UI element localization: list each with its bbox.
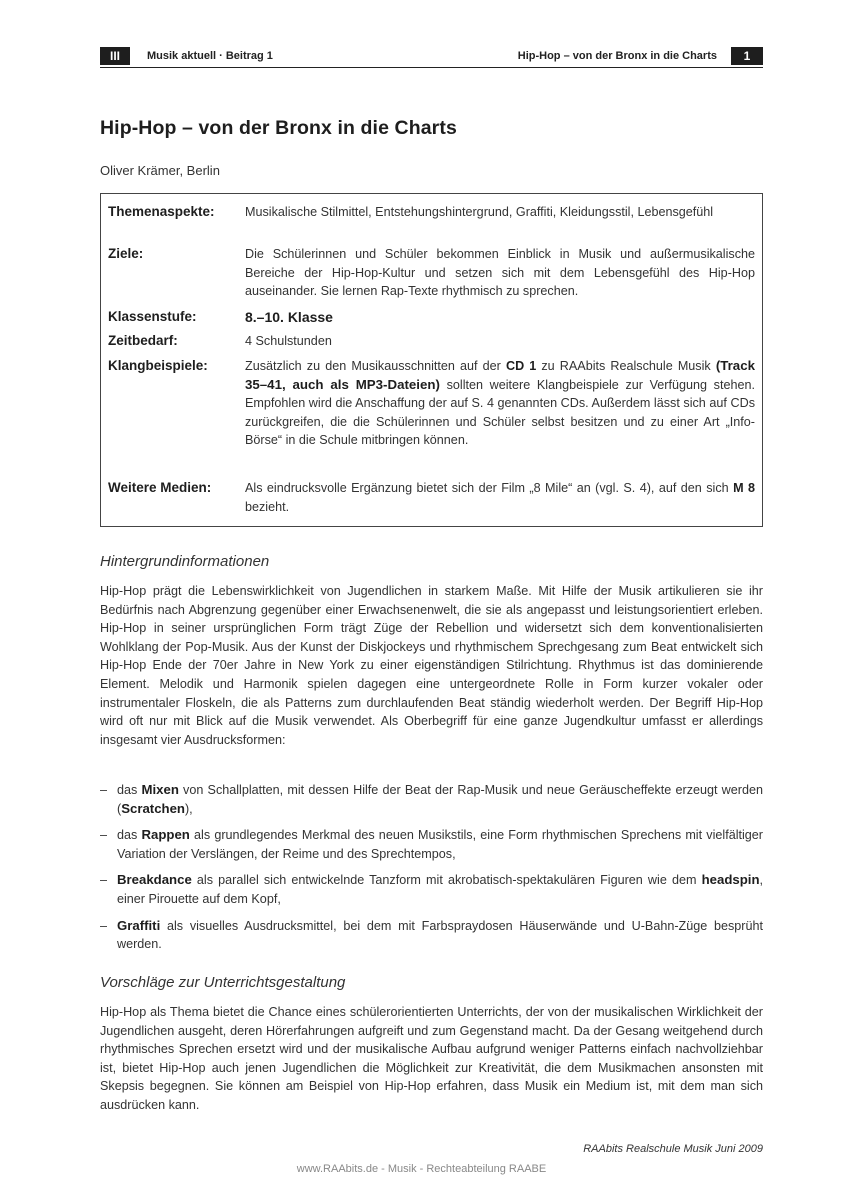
text-run: als grundlegendes Merkmal des neuen Musi… [117,828,763,861]
bold-run: CD 1 [506,359,536,373]
info-value: 4 Schulstunden [245,332,755,351]
text-run: als visuelles Ausdrucksmittel, bei dem m… [117,919,763,952]
list-item: –das Rappen als grundlegendes Merkmal de… [100,826,763,863]
info-value: Als eindrucksvolle Ergänzung bietet sich… [245,479,755,516]
text-run: bezieht. [245,500,289,514]
text-run: von Schallplatten, mit dessen Hilfe der … [117,783,763,816]
bold-run: M 8 [733,481,755,495]
background-paragraph: Hip-Hop prägt die Lebenswirklichkeit von… [100,582,763,749]
list-item: –Breakdance als parallel sich entwickeln… [100,871,763,908]
dash-bullet: – [100,871,107,890]
info-label: Zeitbedarf: [108,332,178,351]
text-run: zu RAAbits Realschule Musik [536,359,716,373]
dash-bullet: – [100,781,107,800]
list-item: –Graffiti als visuelles Ausdrucksmittel,… [100,917,763,954]
info-label: Weitere Medien: [108,479,211,498]
bold-run: Scratchen [121,801,185,816]
text-run: ), [185,802,193,816]
text-run: das [117,783,142,797]
bold-run: headspin [702,872,760,887]
text-run: Als eindrucksvolle Ergänzung bietet sich… [245,481,733,495]
info-label: Klangbeispiele: [108,357,208,376]
text-run: das [117,828,142,842]
running-title: Hip-Hop – von der Bronx in die Charts [518,47,717,65]
dash-bullet: – [100,917,107,936]
bold-run: Mixen [142,782,179,797]
suggestions-paragraph: Hip-Hop als Thema bietet die Chance eine… [100,1003,763,1115]
section-heading-background: Hintergrundinformationen [100,553,269,570]
watermark-footer: www.RAAbits.de - Musik - Rechteabteilung… [0,1163,843,1175]
overview-box: Themenaspekte: Musikalische Stilmittel, … [100,193,763,527]
info-label: Themenaspekte: [108,203,215,222]
page-number-badge: 1 [731,47,763,65]
series-label: Musik aktuell · Beitrag 1 [147,47,273,65]
publication-footer: RAAbits Realschule Musik Juni 2009 [583,1143,763,1155]
document-title: Hip-Hop – von der Bronx in die Charts [100,117,457,140]
section-number-badge: III [100,47,130,65]
page-header: III Musik aktuell · Beitrag 1 Hip-Hop – … [100,47,763,68]
info-value: Zusätzlich zu den Musikausschnitten auf … [245,357,755,450]
text-run: als parallel sich entwickelnde Tanzform … [192,873,702,887]
dash-bullet: – [100,826,107,845]
expression-forms-list: –das Mixen von Schallplatten, mit dessen… [100,781,763,962]
author-line: Oliver Krämer, Berlin [100,163,220,178]
info-value: Musikalische Stilmittel, Entstehungshint… [245,203,755,222]
bold-run: Graffiti [117,918,160,933]
info-value: 8.–10. Klasse [245,308,755,327]
info-label: Klassenstufe: [108,308,197,327]
list-item: –das Mixen von Schallplatten, mit dessen… [100,781,763,818]
info-value: Die Schülerinnen und Schüler bekommen Ei… [245,245,755,301]
bold-run: Rappen [142,827,190,842]
bold-run: Breakdance [117,872,192,887]
text-run: Zusätzlich zu den Musikausschnitten auf … [245,359,506,373]
section-heading-suggestions: Vorschläge zur Unterrichtsgestaltung [100,974,345,991]
info-label: Ziele: [108,245,143,264]
